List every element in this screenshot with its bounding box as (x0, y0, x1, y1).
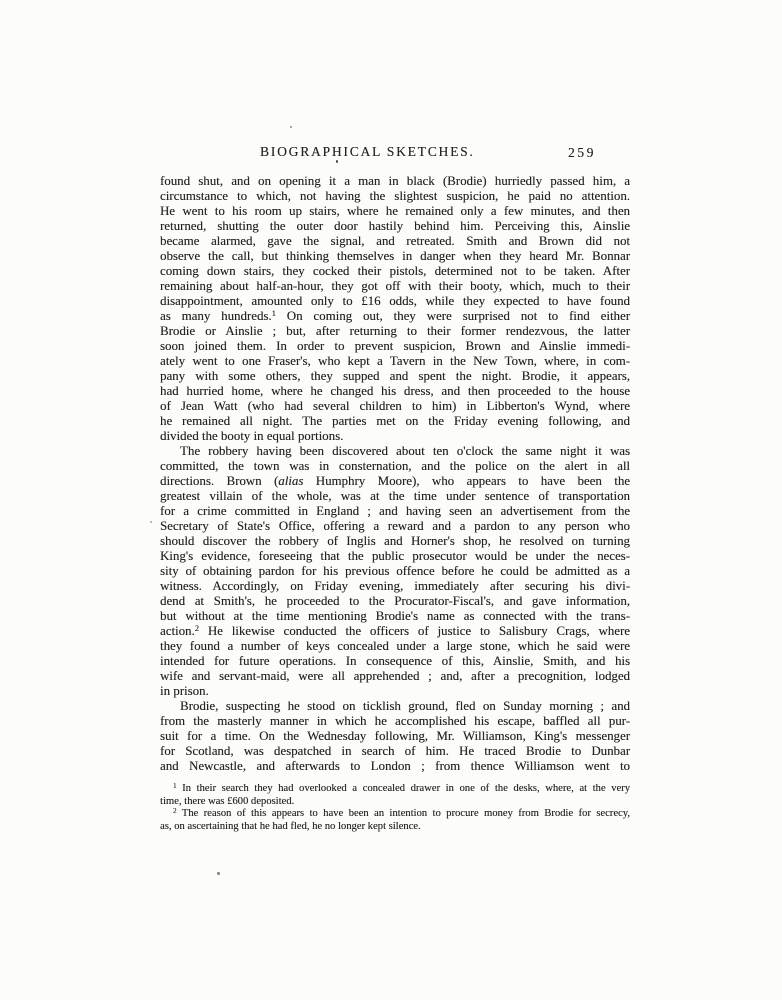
text-line: Brodie or Ainslie ; but, after returning… (160, 324, 630, 339)
text-line: disappointment, amounted only to £16 odd… (160, 294, 630, 309)
text-line: he remained all night. The parties met o… (160, 414, 630, 429)
text-line: greatest villain of the whole, was at th… (160, 489, 630, 504)
text-line: and Newcastle, and afterwards to London … (160, 759, 630, 774)
text-line: as, on ascertaining that he had fled, he… (160, 821, 630, 834)
text-line: committed, the town was in consternation… (160, 459, 630, 474)
text-line: for a crime committed in England ; and h… (160, 504, 630, 519)
text-line: for Scotland, was despatched in search o… (160, 744, 630, 759)
text-line: returned, shutting the outer door hastil… (160, 219, 630, 234)
text-line: became alarmed, gave the signal, and ret… (160, 234, 630, 249)
text-line: suit for a time. On the Wednesday follow… (160, 729, 630, 744)
text-line: had hurried home, where he changed his d… (160, 384, 630, 399)
scan-speck (150, 521, 152, 523)
text-line: coming down stairs, they cocked their pi… (160, 264, 630, 279)
text-line: intended for future operations. In conse… (160, 654, 630, 669)
text-line: soon joined them. In order to prevent su… (160, 339, 630, 354)
text-line: remaining about half-an-hour, they got o… (160, 279, 630, 294)
text-line: 2 The reason of this appears to have bee… (160, 808, 630, 821)
text-line: sity of obtaining pardon for his previou… (160, 564, 630, 579)
text-line: 1 In their search they had overlooked a … (160, 783, 630, 796)
scan-speck (290, 126, 292, 128)
text-line: divided the booty in equal portions. (160, 429, 630, 444)
page-title: BIOGRAPHICAL SKETCHES. (260, 144, 475, 160)
body-text: found shut, and on opening it a man in b… (160, 174, 630, 774)
text-line: action.2 He likewise conducted the offic… (160, 624, 630, 639)
text-line: Secretary of State's Office, offering a … (160, 519, 630, 534)
paragraph: 1 In their search they had overlooked a … (160, 783, 630, 808)
page-header: BIOGRAPHICAL SKETCHES. 259 (160, 144, 630, 162)
text-line: Brodie, suspecting he stood on ticklish … (160, 699, 630, 714)
text-line: wife and servant-maid, were all apprehen… (160, 669, 630, 684)
text-line: of Jean Watt (who had several children t… (160, 399, 630, 414)
text-line: witness. Accordingly, on Friday evening,… (160, 579, 630, 594)
text-line: observe the call, but thinking themselve… (160, 249, 630, 264)
text-line: should discover the robbery of Inglis an… (160, 534, 630, 549)
book-page: BIOGRAPHICAL SKETCHES. 259 found shut, a… (0, 0, 782, 1000)
text-line: directions. Brown (alias Humphry Moore),… (160, 474, 630, 489)
text-line: circumstance to which, not having the sl… (160, 189, 630, 204)
page-number: 259 (568, 145, 596, 161)
paragraph: 2 The reason of this appears to have bee… (160, 808, 630, 833)
scan-speck (336, 160, 338, 163)
text-line: as many hundreds.1 On coming out, they w… (160, 309, 630, 324)
text-line: from the masterly manner in which he acc… (160, 714, 630, 729)
text-line: found shut, and on opening it a man in b… (160, 174, 630, 189)
text-line: The robbery having been discovered about… (160, 444, 630, 459)
text-line: He went to his room up stairs, where he … (160, 204, 630, 219)
footnotes: 1 In their search they had overlooked a … (160, 783, 630, 833)
text-line: time, there was £600 deposited. (160, 796, 630, 809)
paragraph: The robbery having been discovered about… (160, 444, 630, 699)
text-line: pany with some others, they supped and s… (160, 369, 630, 384)
text-line: in prison. (160, 684, 630, 699)
text-line: but without at the time mentioning Brodi… (160, 609, 630, 624)
scan-speck (217, 872, 220, 875)
text-line: dend at Smith's, he proceeded to the Pro… (160, 594, 630, 609)
paragraph: found shut, and on opening it a man in b… (160, 174, 630, 444)
text-line: ately went to one Fraser's, who kept a T… (160, 354, 630, 369)
text-line: King's evidence, foreseeing that the pub… (160, 549, 630, 564)
text-line: they found a number of keys concealed un… (160, 639, 630, 654)
paragraph: Brodie, suspecting he stood on ticklish … (160, 699, 630, 774)
scan-speck (623, 543, 626, 544)
